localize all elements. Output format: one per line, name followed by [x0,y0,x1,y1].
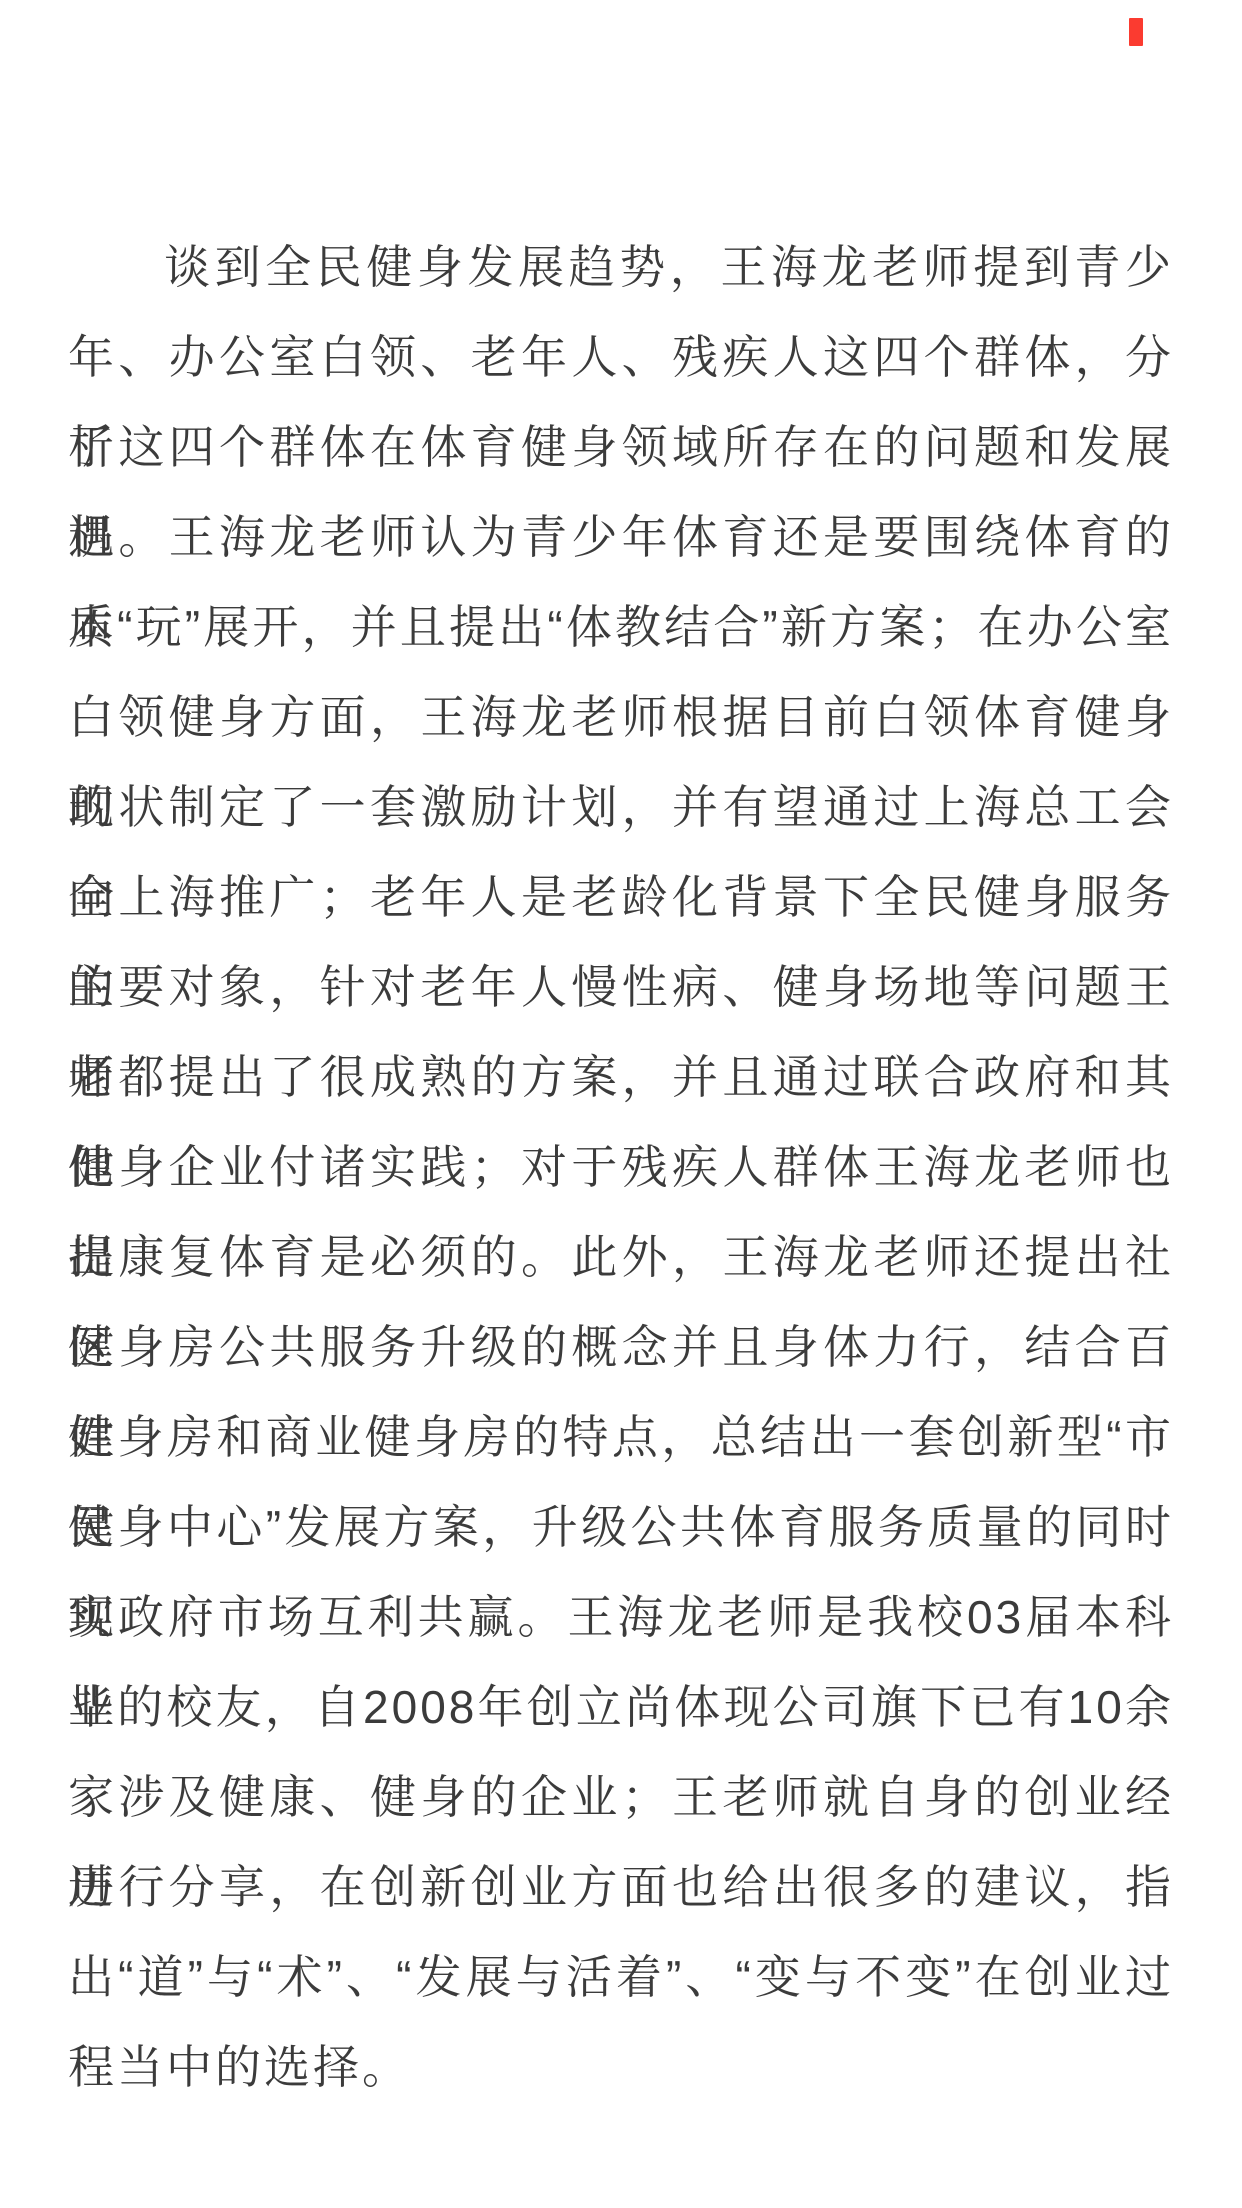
text-line: 遇。王海龙老师认为青少年体育还是要围绕体育的本 [68,492,1174,582]
text-line: 出康复体育是必须的。此外，王海龙老师还提出社区 [68,1212,1174,1302]
text-line: 现状制定了一套激励计划，并有望通过上海总工会向 [68,762,1174,852]
text-line: 家涉及健康、健身的企业；王老师就自身的创业经历 [68,1752,1174,1842]
red-marker [1129,18,1143,46]
text-line: 健身中心”发展方案，升级公共体育服务质量的同时实 [68,1482,1174,1572]
text-line: 全上海推广；老年人是老龄化背景下全民健身服务的 [68,852,1174,942]
text-line: 健身企业付诸实践；对于残疾人群体王海龙老师也提 [68,1122,1174,1212]
text-line: 年、办公室白领、老年人、残疾人这四个群体，分析 [68,312,1174,402]
text-line: 出“道”与“术”、“发展与活着”、“变与不变”在创业过 [68,1932,1174,2022]
article-paragraph: 谈到全民健身发展趋势，王海龙老师提到青少年、办公室白领、老年人、残疾人这四个群体… [68,222,1174,2112]
text-line: 程当中的选择。 [68,2022,1174,2112]
text-line: 健身房公共服务升级的概念并且身体力行，结合百姓 [68,1302,1174,1392]
text-line: 现政府市场互利共赢。王海龙老师是我校03届本科毕 [68,1572,1174,1662]
text-line: 师都提出了很成熟的方案，并且通过联合政府和其他 [68,1032,1174,1122]
text-line: 白领健身方面，王海龙老师根据目前白领体育健身的 [68,672,1174,762]
text-line: 主要对象，针对老年人慢性病、健身场地等问题王老 [68,942,1174,1032]
text-line: 谈到全民健身发展趋势，王海龙老师提到青少 [68,222,1174,312]
text-line: 业的校友，自2008年创立尚体现公司旗下已有10余 [68,1662,1174,1752]
text-line: 了这四个群体在体育健身领域所存在的问题和发展机 [68,402,1174,492]
text-line: 健身房和商业健身房的特点，总结出一套创新型“市民 [68,1392,1174,1482]
text-line: 进行分享，在创新创业方面也给出很多的建议，指 [68,1842,1174,1932]
text-line: 质“玩”展开，并且提出“体教结合”新方案；在办公室 [68,582,1174,672]
